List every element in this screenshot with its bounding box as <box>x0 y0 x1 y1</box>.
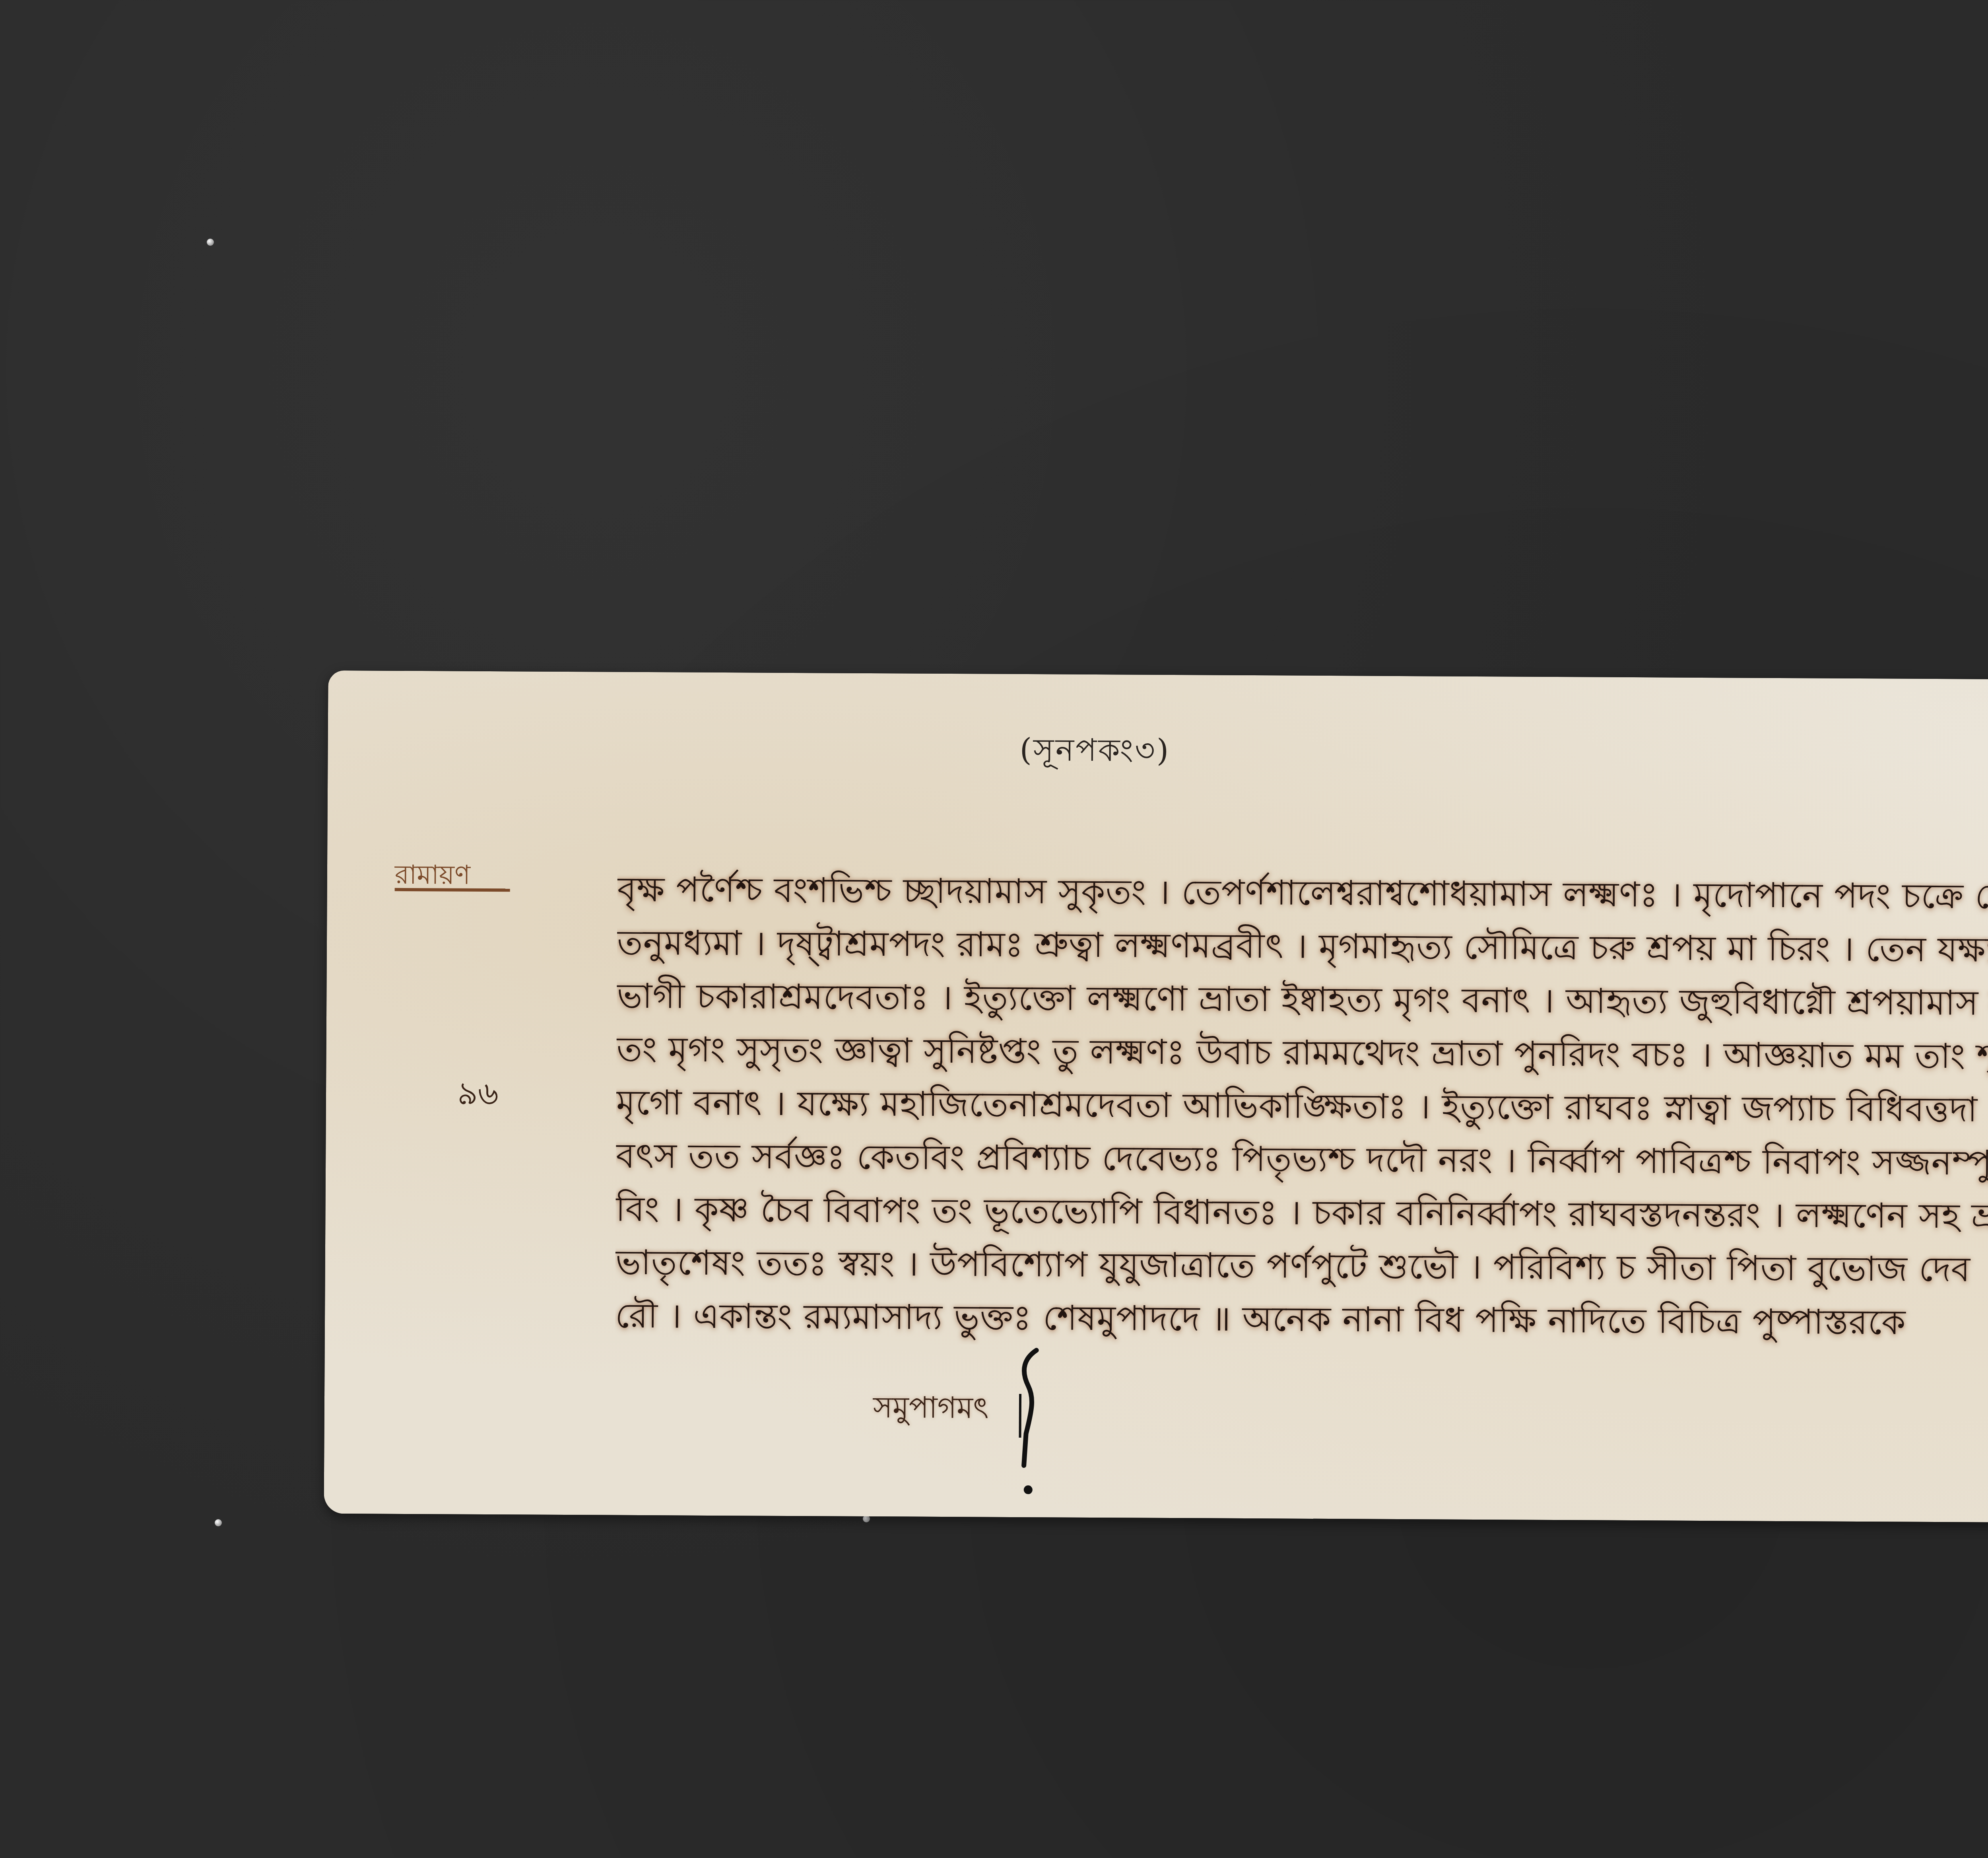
text-line: তনুমধ্যমা । দৃষ্ট্বাশ্রমপদং রামঃ শ্রুত্ব… <box>617 916 1988 979</box>
interlinear-insert: সমুপাগমৎ <box>873 1385 989 1435</box>
text-line: ভাতৃশেষং ততঃ স্বয়ং । উপবিশ্যোপ যুযুজাত্… <box>615 1236 1988 1298</box>
manuscript-text: বৃক্ষ পর্ণৈশ্চ বংশভিশ্চ চ্ছাদয়ামাস সুকৃ… <box>615 863 1988 1352</box>
text-line: মৃগো বনাৎ । যক্ষ্যে মহাজিতেনাশ্রমদেবতা আ… <box>616 1076 1988 1139</box>
manuscript-leaf: (সূনপকং৩) রামায়ণ ৯৬ ২০ বৃক্ষ পর্ণৈশ্চ ব… <box>324 671 1988 1525</box>
mounting-pin <box>215 1519 222 1526</box>
caret-insertion-mark-icon <box>1016 1346 1041 1497</box>
text-line: তং মৃগং সুসৃতং জ্ঞাত্বা সুনিষ্টপ্তং তু ল… <box>616 1023 1988 1085</box>
folio-number-left: ৯৬ <box>457 1069 499 1123</box>
header-note: (সূনপকং৩) <box>1019 726 1170 778</box>
mounting-pin <box>207 239 214 246</box>
text-line: বৃক্ষ পর্ণৈশ্চ বংশভিশ্চ চ্ছাদয়ামাস সুকৃ… <box>617 863 1988 925</box>
text-line: ভাগী চকারাশ্রমদেবতাঃ । ইত্যুক্তো লক্ষ্মণ… <box>617 970 1988 1032</box>
ink-dot <box>1024 1485 1033 1494</box>
text-line: রৌ । একান্তং রম্যমাসাদ্য ভুক্তঃ শেষমুপাদ… <box>615 1289 1988 1352</box>
text-line: বিং । কৃষ্ণ চৈব বিবাপং তং ভূতেভ্যোপি বিধ… <box>615 1183 1988 1245</box>
margin-title: রামায়ণ <box>395 862 510 892</box>
text-line: বৎস তত সর্বজ্ঞঃ কেতবিং প্রবিশ্যাচ দেবেভ্… <box>616 1129 1988 1192</box>
